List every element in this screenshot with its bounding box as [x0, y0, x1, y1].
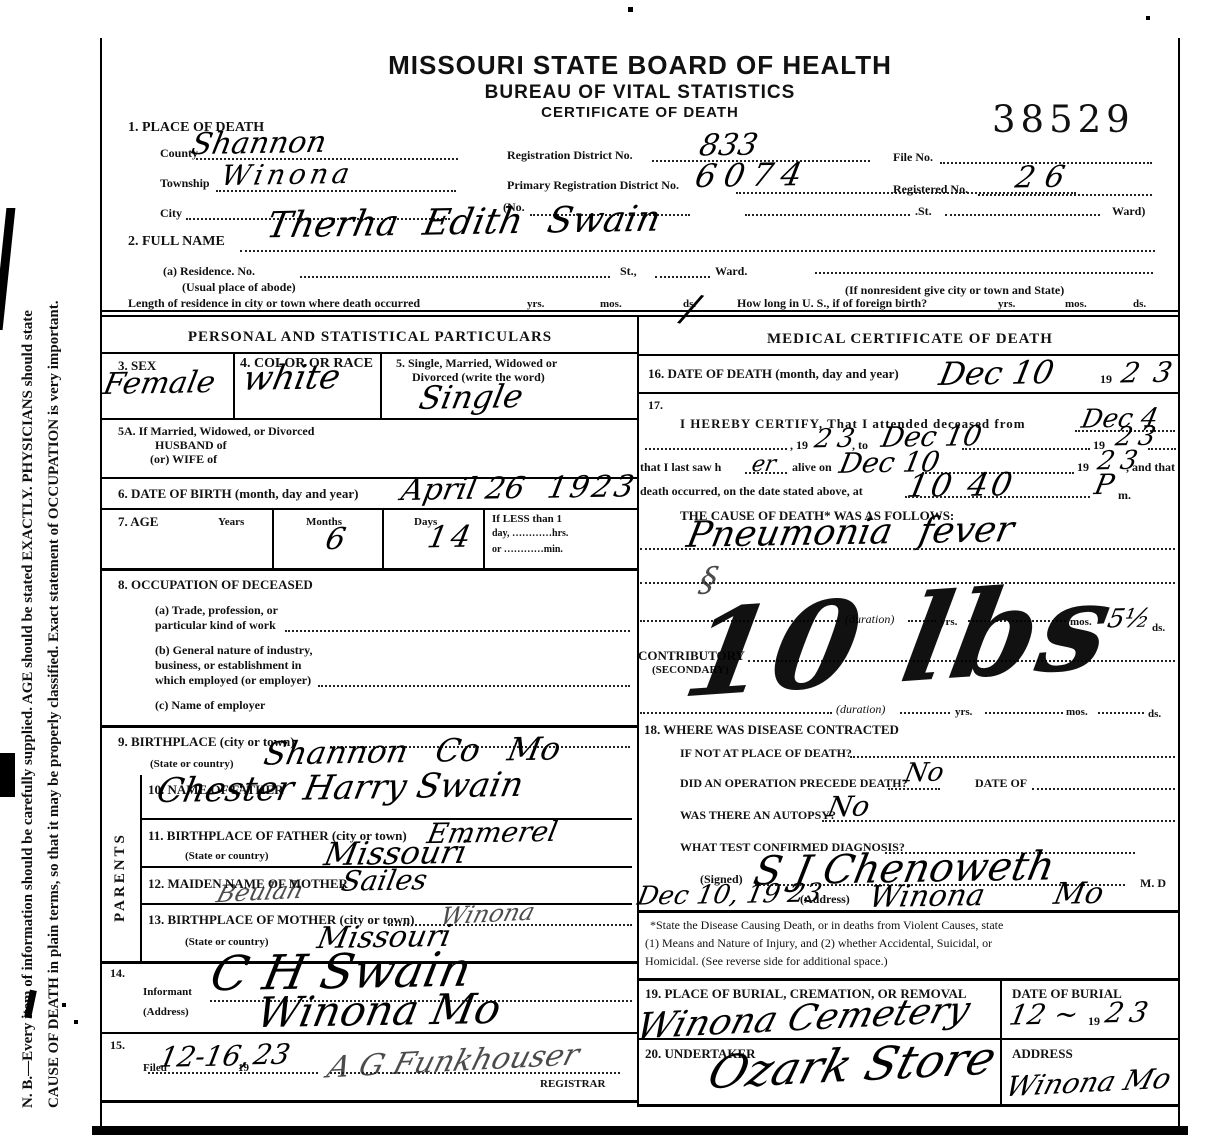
death-time-value: 10 40 [904, 465, 1018, 505]
date-of-birth-label: 6. DATE OF BIRTH (month, day and year) [118, 486, 358, 502]
form-left-border [100, 38, 102, 1130]
death-occurred-text: death occurred, on the date stated above… [640, 484, 863, 499]
rule [1098, 712, 1144, 714]
birthplace-state-label: (State or country) [150, 758, 234, 770]
duration-ds-2: ds. [1148, 708, 1161, 720]
rule [318, 685, 630, 687]
marital-label-line1: 5. Single, Married, Widowed or [396, 356, 557, 371]
scan-speck [62, 1003, 66, 1007]
rule [100, 1100, 637, 1103]
autopsy-value: No [825, 790, 873, 824]
husband-of-label: HUSBAND of [155, 438, 227, 453]
rule [645, 448, 787, 450]
autopsy-label: WAS THERE AN AUTOPSY? [680, 808, 836, 823]
age-days-value: 14 [425, 520, 478, 556]
date-of-death-value: Dec 10 [936, 353, 1057, 393]
lastsaw-text-2: alive on [792, 460, 832, 475]
residence-label: (a) Residence. No. [163, 264, 255, 279]
occupation-a-line2: particular kind of work [155, 618, 276, 633]
sex-value: Female [100, 365, 218, 402]
filed-year-value: 23 [251, 1038, 293, 1072]
residence-street-label: St., [620, 264, 637, 279]
undertaker-address-label: ADDRESS [1012, 1046, 1073, 1062]
operation-value: No [902, 758, 946, 789]
registrar-label: REGISTRAR [540, 1078, 605, 1090]
date-of-death-19: 19 [1100, 372, 1112, 387]
scan-speck [628, 7, 633, 12]
rule [1000, 978, 1002, 1105]
scan-speck [1146, 16, 1150, 20]
rule [100, 418, 637, 420]
street-label: .St. [915, 204, 932, 219]
duration-ds-1: ds. [1152, 622, 1165, 634]
informant-address-label: (Address) [143, 1006, 189, 1018]
if-not-place-label: IF NOT AT PLACE OF DEATH? [680, 746, 852, 761]
death-certificate-scan: N. B.—Every item of information should b… [0, 0, 1215, 1148]
operation-label: DID AN OPERATION PRECEDE DEATH? [680, 776, 908, 791]
rule [745, 214, 910, 216]
father-name-value: Chester Harry Swain [153, 765, 526, 811]
rule [637, 978, 1180, 981]
rule [100, 508, 637, 510]
ward-label: Ward) [1112, 204, 1145, 219]
date-of-burial-value: 12 ~ [1007, 997, 1082, 1031]
wife-of-label: (or) WIFE of [150, 452, 217, 467]
less-than-1day-line1: If LESS than 1 [492, 513, 562, 525]
registered-no-value: 26 [1012, 159, 1077, 195]
date-of-death-year: 23 [1119, 355, 1189, 389]
footnote-line2: (1) Means and Nature of Injury, and (2) … [645, 936, 992, 951]
rule [1000, 1038, 1180, 1040]
rule [216, 190, 456, 192]
marital-value: Single [416, 377, 526, 417]
burial-19: 19 [1088, 1014, 1100, 1029]
rule [100, 310, 1180, 312]
burial-year-value: 23 [1103, 996, 1157, 1030]
howlong-us-label: How long in U. S., if of foreign birth? [737, 296, 927, 311]
city-label: City [160, 206, 182, 221]
section17-number: 17. [648, 398, 663, 413]
rule [745, 472, 787, 474]
form-bottom-border [92, 1126, 1188, 1135]
full-name-value: Therha Edith Swain [263, 199, 664, 247]
rule [637, 354, 1180, 356]
father-birthplace-state-label: (State or country) [185, 850, 269, 862]
personal-particulars-title: PERSONAL AND STATISTICAL PARTICULARS [110, 329, 630, 346]
yrs-label: yrs. [998, 298, 1015, 310]
less-than-1day-line3: or …………min. [492, 544, 563, 555]
occupation-b-line1: (b) General nature of industry, [155, 643, 312, 658]
file-no-label: File No. [893, 150, 933, 165]
filed-number: 15. [110, 1038, 125, 1053]
informant-number: 14. [110, 966, 125, 981]
medical-certificate-title: MEDICAL CERTIFICATE OF DEATH [655, 331, 1165, 348]
rule [300, 276, 610, 278]
rule [978, 194, 1152, 196]
rule [140, 903, 632, 905]
rule [962, 448, 1090, 450]
rule [945, 214, 1100, 216]
rule [100, 352, 637, 354]
rule [905, 496, 1090, 498]
rule [900, 712, 950, 714]
abode-label: (Usual place of abode) [182, 280, 296, 295]
occupation-b-line3: which employed (or employer) [155, 673, 311, 688]
signed-address-label: (Address) [800, 892, 850, 907]
rule [100, 725, 637, 728]
column-divider [637, 317, 639, 1105]
certificate-number: 38529 [992, 98, 1135, 141]
date-of-birth-value: April 26 [398, 471, 527, 508]
form-subtitle: BUREAU OF VITAL STATISTICS [300, 82, 980, 104]
rule [100, 1032, 637, 1034]
mother-maiden-value: Sailes [339, 863, 430, 897]
occupation-label: 8. OCCUPATION OF DECEASED [118, 577, 313, 593]
and-that-text: , and that [1126, 460, 1175, 475]
rule [483, 508, 485, 568]
undertaker-address-value: Winona Mo [1002, 1062, 1175, 1103]
rule [637, 910, 1180, 913]
date-of-death-label: 16. DATE OF DEATH (month, day and year) [648, 366, 899, 382]
mos-label: mos. [1065, 298, 1087, 310]
rule [822, 820, 1175, 822]
form-title: MISSOURI STATE BOARD OF HEALTH [300, 50, 980, 81]
rule [985, 712, 1063, 714]
township-value: Winona [219, 157, 357, 192]
rule [1032, 788, 1175, 790]
rule [100, 315, 1180, 317]
age-years-label: Years [218, 516, 244, 528]
rule [655, 276, 710, 278]
certify-19-a: , 19 [790, 438, 808, 453]
duration-yrs-2: yrs. [955, 706, 972, 718]
rule [640, 548, 1175, 550]
full-name-label: 2. FULL NAME [128, 234, 225, 250]
rule [272, 508, 274, 568]
county-value: Shannon [188, 125, 329, 162]
rule [815, 272, 1153, 274]
form-right-border [1178, 38, 1180, 1130]
registration-district-label: Registration District No. [507, 148, 633, 163]
rule [382, 508, 384, 568]
signed-date-value: Dec 10, 19 23 [635, 878, 825, 911]
md-label: M. D [1140, 876, 1166, 891]
date-of-birth-year: 1923 [544, 469, 640, 506]
township-label: Township [160, 176, 210, 191]
ds-label: ds. [1133, 298, 1146, 310]
rule [233, 352, 235, 418]
form-subsubtitle: CERTIFICATE OF DEATH [300, 104, 980, 121]
duration-mos-2: mos. [1066, 706, 1088, 718]
footnote-line1: *State the Disease Causing Death, or in … [650, 918, 1003, 933]
less-than-1day-line2: day, …………hrs. [492, 528, 568, 539]
registered-no-label: Registered No. [893, 182, 968, 197]
occupation-b-line2: business, or establishment in [155, 658, 301, 673]
color-race-value: white [240, 357, 344, 399]
margin-note-line2: CAUSE OF DEATH in plain terms, so that i… [46, 301, 63, 1108]
rule [330, 1072, 620, 1074]
margin-note-line1: N. B.—Every item of information should b… [20, 310, 37, 1108]
length-residence-label: Length of residence in city or town wher… [128, 296, 420, 311]
rule [380, 352, 382, 418]
lastsaw-text-1: that I last saw h [640, 460, 721, 475]
primary-registration-value: 6074 [692, 155, 813, 195]
scan-smudge [0, 208, 15, 330]
rule [888, 788, 940, 790]
mos-label: mos. [600, 298, 622, 310]
informant-label: Informant [143, 986, 192, 998]
primary-registration-label: Primary Registration District No. [507, 178, 679, 193]
rule [1148, 448, 1176, 450]
rule [637, 1104, 1180, 1107]
parents-label: PARENTS [112, 832, 129, 922]
footnote-line3: Homicidal. (See reverse side for additio… [645, 954, 888, 969]
large-handwritten-scrawl: 10 lbs [674, 556, 1123, 726]
scan-smudge [0, 753, 15, 797]
rule [637, 392, 1180, 394]
rule [100, 568, 637, 571]
lastsaw-19: 19 [1077, 460, 1089, 475]
rule [140, 775, 142, 963]
yrs-label: yrs. [527, 298, 544, 310]
rule [285, 630, 630, 632]
rule [240, 250, 1155, 252]
date-of-operation-label: DATE OF [975, 776, 1027, 791]
occupation-a-line1: (a) Trade, profession, or [155, 603, 278, 618]
death-m-label: m. [1118, 488, 1131, 503]
rule [850, 756, 1175, 758]
age-label: 7. AGE [118, 514, 158, 530]
rule [148, 1072, 318, 1074]
residence-ward-label: Ward. [715, 264, 747, 279]
occupation-c-label: (c) Name of employer [155, 698, 265, 713]
informant-address-value: Winona Mo [253, 984, 505, 1037]
if-married-label: 5A. If Married, Widowed, or Divorced [118, 424, 314, 439]
scan-speck [74, 1020, 78, 1024]
